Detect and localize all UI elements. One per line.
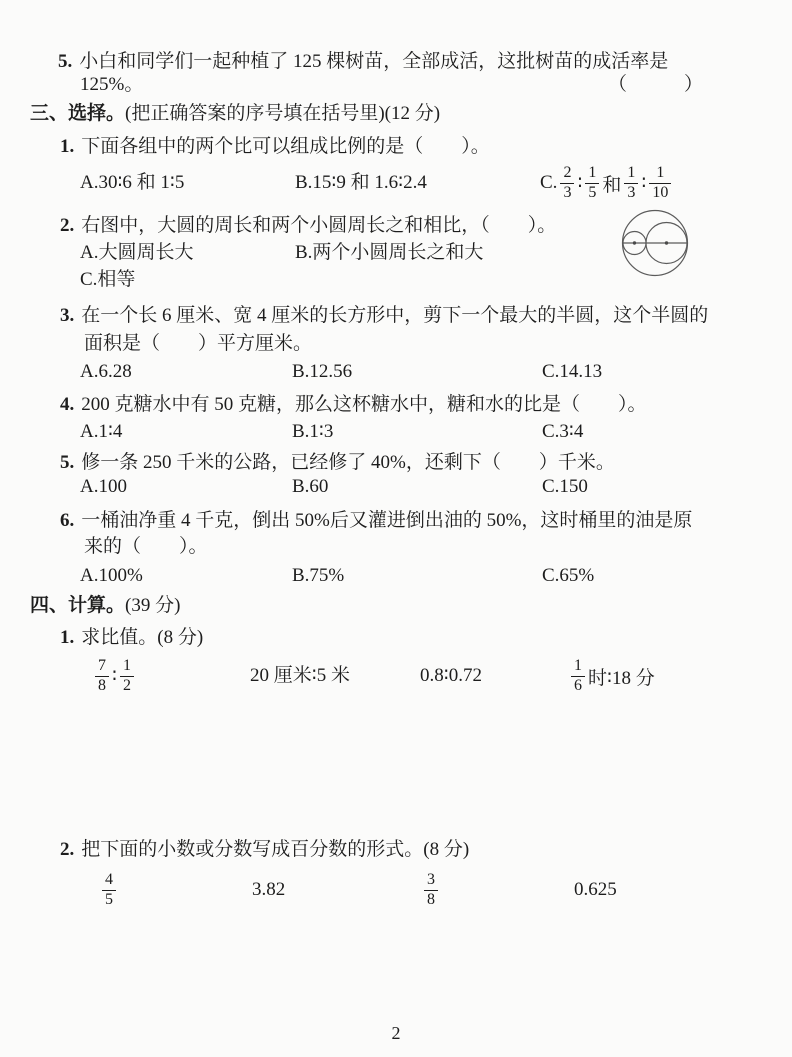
test-paper-page: 5.小白和同学们一起种植了 125 棵树苗，全部成活，这批树苗的成活率是 125… <box>0 0 792 1057</box>
choice-q3-number: 3. <box>60 305 74 326</box>
fraction-2-3: 23 <box>560 165 574 202</box>
section-three-heading: 三、选择。(把正确答案的序号填在括号里)(12 分) <box>30 101 440 127</box>
choice-q3-stem-line1: 3.在一个长 6 厘米、宽 4 厘米的长方形中，剪下一个最大的半圆，这个半圆的 <box>60 303 708 329</box>
section-four-title: 四、计算。 <box>30 595 125 616</box>
calc-q1-item2: 20 厘米∶5 米 <box>250 663 350 689</box>
choice-q4-number: 4. <box>60 394 74 415</box>
choice-q5-option-b: B.60 <box>292 474 328 500</box>
calc-q1-item4-text: 时∶18 分 <box>588 663 655 690</box>
choice-q2-option-a: A.大圆周长大 <box>80 240 193 266</box>
circles-figure <box>619 208 693 286</box>
section-three-title: 三、选择。 <box>30 103 125 124</box>
choice-q6-stem-line1: 6.一桶油净重 4 千克，倒出 50%后又灌进倒出油的 50%，这时桶里的油是原 <box>60 508 692 534</box>
fraction-7-8: 78 <box>95 658 109 695</box>
ratio-colon: ∶ <box>112 665 117 688</box>
choice-q4-option-b: B.1∶3 <box>292 419 333 445</box>
fraction-1-3: 13 <box>624 165 638 202</box>
choice-q6-option-a: A.100% <box>80 563 143 589</box>
choice-q3-option-c: C.14.13 <box>542 359 602 385</box>
calc-q1-stem: 求比值。 <box>81 627 157 648</box>
choice-q4-option-c: C.3∶4 <box>542 419 583 445</box>
section-four-score: (39 分) <box>125 595 180 616</box>
choice-q6-stem1: 一桶油净重 4 千克，倒出 50%后又灌进倒出油的 50%，这时桶里的油是原 <box>81 510 692 531</box>
calc-q2-score: (8 分) <box>423 839 469 860</box>
choice-q6-number: 6. <box>60 510 74 531</box>
judge-q5-number: 5. <box>58 51 72 72</box>
choice-q3-option-b: B.12.56 <box>292 359 352 385</box>
choice-q6-option-c: C.65% <box>542 563 594 589</box>
calc-q2-number: 2. <box>60 839 74 860</box>
calc-q1-number: 1. <box>60 627 74 648</box>
calc-q2-item2: 3.82 <box>252 877 285 903</box>
choice-q2-stem-line: 2.右图中，大圆的周长和两个小圆周长之和相比，（ ）。 <box>60 213 556 239</box>
conjunction-he: 和 <box>602 170 621 197</box>
choice-q1-number: 1. <box>60 136 74 157</box>
choice-q1-stem-line: 1.下面各组中的两个比可以组成比例的是（ ）。 <box>60 134 490 160</box>
right-center-dot <box>665 241 668 244</box>
choice-q3-stem-line2: 面积是（ ）平方厘米。 <box>84 331 312 357</box>
choice-q2-option-b: B.两个小圆周长之和大 <box>295 240 483 266</box>
calc-q2-stem: 把下面的小数或分数写成百分数的形式。 <box>81 839 423 860</box>
choice-q3-option-a: A.6.28 <box>80 359 132 385</box>
choice-q1-option-b: B.15∶9 和 1.6∶2.4 <box>295 170 427 196</box>
choice-q5-option-c: C.150 <box>542 474 588 500</box>
fraction-1-10: 110 <box>649 165 671 202</box>
page-number: 2 <box>0 1022 792 1044</box>
choice-q5-option-a: A.100 <box>80 474 127 500</box>
choice-q2-stem: 右图中，大圆的周长和两个小圆周长之和相比，（ ）。 <box>81 215 556 236</box>
calc-q2-item3: 38 <box>424 866 438 914</box>
section-four-heading: 四、计算。(39 分) <box>30 593 180 619</box>
calc-q2-item4: 0.625 <box>574 877 617 903</box>
calc-q1-score: (8 分) <box>157 627 203 648</box>
fraction-3-8: 38 <box>424 872 438 909</box>
left-center-dot <box>633 241 636 244</box>
calc-q2-stem-line: 2.把下面的小数或分数写成百分数的形式。(8 分) <box>60 837 469 863</box>
judge-q5-line2: 125%。 <box>80 72 143 98</box>
choice-q1-option-a: A.30∶6 和 1∶5 <box>80 170 184 196</box>
choice-q2-option-c: C.相等 <box>80 267 135 293</box>
choice-q4-stem: 200 克糖水中有 50 克糖，那么这杯糖水中，糖和水的比是（ ）。 <box>81 394 646 415</box>
choice-q6-stem-line2: 来的（ ）。 <box>84 534 208 560</box>
judge-q5-answer-blank: （ ） <box>608 72 703 98</box>
choice-q1-option-c: C. 23 ∶ 15 和 13 ∶ 110 <box>540 159 671 207</box>
choice-q1-stem: 下面各组中的两个比可以组成比例的是（ ）。 <box>81 136 490 157</box>
choice-q3-stem1: 在一个长 6 厘米、宽 4 厘米的长方形中，剪下一个最大的半圆，这个半圆的 <box>81 305 708 326</box>
choice-q2-number: 2. <box>60 215 74 236</box>
calc-q1-item4: 16 时∶18 分 <box>571 652 655 700</box>
choice-q4-stem-line: 4.200 克糖水中有 50 克糖，那么这杯糖水中，糖和水的比是（ ）。 <box>60 392 647 418</box>
calc-q1-stem-line: 1.求比值。(8 分) <box>60 625 203 651</box>
fraction-1-5: 15 <box>585 165 599 202</box>
choice-q1-option-c-label: C. <box>540 172 557 194</box>
calc-q1-item1: 78 ∶ 12 <box>95 652 134 700</box>
choice-q5-number: 5. <box>60 452 74 473</box>
section-three-score: (12 分) <box>385 103 440 124</box>
ratio-colon: ∶ <box>641 172 646 195</box>
judge-q5-text: 小白和同学们一起种植了 125 棵树苗，全部成活，这批树苗的成活率是 <box>79 51 668 72</box>
fraction-1-2: 12 <box>120 658 134 695</box>
choice-q5-stem-line: 5.修一条 250 千米的公路，已经修了 40%，还剩下（ ）千米。 <box>60 450 615 476</box>
choice-q6-option-b: B.75% <box>292 563 344 589</box>
calc-q1-item3: 0.8∶0.72 <box>420 663 482 689</box>
choice-q5-stem: 修一条 250 千米的公路，已经修了 40%，还剩下（ ）千米。 <box>81 452 615 473</box>
calc-q2-item1: 45 <box>102 866 116 914</box>
fraction-4-5: 45 <box>102 872 116 909</box>
fraction-1-6: 16 <box>571 658 585 695</box>
judge-q5-line1: 5.小白和同学们一起种植了 125 棵树苗，全部成活，这批树苗的成活率是 <box>58 49 668 75</box>
section-three-note: (把正确答案的序号填在括号里) <box>125 103 385 124</box>
choice-q4-option-a: A.1∶4 <box>80 419 122 445</box>
ratio-colon: ∶ <box>577 172 582 195</box>
